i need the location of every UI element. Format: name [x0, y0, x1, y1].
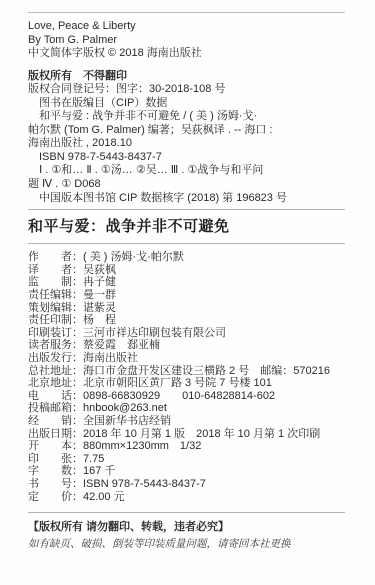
- colophon-row: 投稿邮箱： hnbook@263.net: [28, 402, 345, 415]
- cip-line: 中国版本图书馆 CIP 数据核字 (2018) 第 196823 号: [28, 192, 345, 206]
- colophon-value: 167 千: [83, 465, 345, 478]
- colophon-row: 出版日期： 2018 年 10 月第 1 版 2018 年 10 月第 1 次印…: [28, 428, 345, 441]
- cn-copyright-line: 中文简体字版权 © 2018 海南出版社: [28, 47, 345, 61]
- colophon-row: 字 数： 167 千: [28, 465, 345, 478]
- colophon-value: 880mm×1230mm 1/32: [83, 440, 345, 453]
- colophon-row: 电 话： 0898-66830929 010-64828814-602: [28, 390, 345, 403]
- colophon-label: 开 本：: [28, 440, 83, 453]
- colophon-row: 印刷装订： 三河市祥达印刷包装有限公司: [28, 327, 345, 340]
- colophon-row: 责任编辑： 曼一群: [28, 289, 345, 302]
- colophon-table: 作 者： ( 美 ) 汤姆·戈·帕尔默 译 者： 吴荻枫 监 制： 冉子健 责任…: [28, 251, 345, 503]
- footer-warning: 【版权所有 请勿翻印、转载，违者必究】: [28, 520, 345, 534]
- colophon-label: 字 数：: [28, 465, 83, 478]
- cip-line: ISBN 978-7-5443-8437-7: [28, 151, 345, 165]
- colophon-row: 北京地址： 北京市朝阳区黄厂路 3 号院 7 号楼 101: [28, 377, 345, 390]
- colophon-value: 42.00 元: [83, 491, 345, 504]
- colophon-label: 出版日期：: [28, 428, 83, 441]
- colophon-row: 译 者： 吴荻枫: [28, 264, 345, 277]
- colophon-label: 经 销：: [28, 415, 83, 428]
- rights-notice: 版权所有 不得翻印: [28, 70, 345, 84]
- colophon-label: 印刷装订：: [28, 327, 83, 340]
- colophon-value: 吴荻枫: [83, 264, 345, 277]
- colophon-value: 三河市祥达印刷包装有限公司: [83, 327, 345, 340]
- print-quality-note: 如有缺页、破损、倒装等印装质量问题，请寄回本社更换: [28, 538, 345, 551]
- colophon-label: 印 张：: [28, 453, 83, 466]
- colophon-label: 投稿邮箱：: [28, 402, 83, 415]
- footer-block: 【版权所有 请勿翻印、转载，违者必究】 如有缺页、破损、倒装等印装质量问题，请寄…: [28, 520, 345, 551]
- colophon-value: 0898-66830929 010-64828814-602: [83, 390, 345, 403]
- colophon-row: 开 本： 880mm×1230mm 1/32: [28, 440, 345, 453]
- colophon-label: 作 者：: [28, 251, 83, 264]
- colophon-value: 曼一群: [83, 289, 345, 302]
- colophon-label: 北京地址：: [28, 377, 83, 390]
- colophon-value: 2018 年 10 月第 1 版 2018 年 10 月第 1 次印刷: [83, 428, 345, 441]
- colophon-label: 总社地址：: [28, 365, 83, 378]
- colophon-value: 杨 程: [83, 314, 345, 327]
- original-edition-header: Love, Peace & Liberty By Tom G. Palmer 中…: [28, 20, 345, 61]
- colophon-label: 电 话：: [28, 390, 83, 403]
- copyright-colophon-page: Love, Peace & Liberty By Tom G. Palmer 中…: [0, 0, 375, 585]
- colophon-row: 监 制： 冉子健: [28, 276, 345, 289]
- original-author-line: By Tom G. Palmer: [28, 34, 345, 48]
- title-top-divider: [28, 209, 345, 210]
- colophon-label: 出版发行：: [28, 352, 83, 365]
- cip-line: 和平与爱 : 战争并非不可避免 / ( 美 ) 汤姆·戈·: [28, 110, 345, 124]
- colophon-label: 监 制：: [28, 276, 83, 289]
- original-title: Love, Peace & Liberty: [28, 20, 345, 34]
- colophon-label: 责任印制：: [28, 314, 83, 327]
- colophon-value: ( 美 ) 汤姆·戈·帕尔默: [83, 251, 345, 264]
- colophon-value: ISBN 978-7-5443-8437-7: [83, 478, 345, 491]
- colophon-value: 北京市朝阳区黄厂路 3 号院 7 号楼 101: [83, 377, 345, 390]
- colophon-label: 策划编辑：: [28, 302, 83, 315]
- colophon-value: 蔡爱霞 郄亚楠: [83, 339, 345, 352]
- cip-line: Ⅰ . ①和… Ⅱ . ①汤… ②吴… Ⅲ . ①战争与和平问: [28, 164, 345, 178]
- colophon-row: 书 号： ISBN 978-7-5443-8437-7: [28, 478, 345, 491]
- colophon-value: 7.75: [83, 453, 345, 466]
- cip-data-block: 图书在版编目（CIP）数据 和平与爱 : 战争并非不可避免 / ( 美 ) 汤姆…: [28, 97, 345, 206]
- colophon-label: 责任编辑：: [28, 289, 83, 302]
- colophon-value: 全国新华书店经销: [83, 415, 345, 428]
- cip-line: 题 Ⅳ . ① D068: [28, 178, 345, 192]
- cip-line: 海南出版社 , 2018.10: [28, 137, 345, 151]
- colophon-value: 海口市金盘开发区建设三横路 2 号 邮编：570216: [83, 365, 345, 378]
- colophon-row: 作 者： ( 美 ) 汤姆·戈·帕尔默: [28, 251, 345, 264]
- rights-block: 版权所有 不得翻印 版权合同登记号：图字：30-2018-108 号: [28, 70, 345, 97]
- cip-line: 帕尔默 (Tom G. Palmer) 编著；吴荻枫译 . -- 海口 :: [28, 124, 345, 138]
- colophon-row: 总社地址： 海口市金盘开发区建设三横路 2 号 邮编：570216: [28, 365, 345, 378]
- copyright-registration-number: 版权合同登记号：图字：30-2018-108 号: [28, 83, 345, 97]
- book-title: 和平与爱：战争并非不可避免: [28, 217, 345, 237]
- colophon-row: 责任印制： 杨 程: [28, 314, 345, 327]
- colophon-value: 海南出版社: [83, 352, 345, 365]
- title-bottom-divider: [28, 243, 345, 244]
- colophon-value: 冉子健: [83, 276, 345, 289]
- colophon-row: 定 价： 42.00 元: [28, 491, 345, 504]
- colophon-label: 译 者：: [28, 264, 83, 277]
- colophon-row: 策划编辑： 谌紫灵: [28, 302, 345, 315]
- colophon-value: hnbook@263.net: [83, 402, 345, 415]
- colophon-row: 读者服务： 蔡爱霞 郄亚楠: [28, 339, 345, 352]
- colophon-row: 印 张： 7.75: [28, 453, 345, 466]
- cip-line: 图书在版编目（CIP）数据: [28, 97, 345, 111]
- colophon-row: 出版发行： 海南出版社: [28, 352, 345, 365]
- footer-divider: [28, 512, 345, 513]
- colophon-label: 书 号：: [28, 478, 83, 491]
- colophon-label: 读者服务：: [28, 339, 83, 352]
- colophon-value: 谌紫灵: [83, 302, 345, 315]
- colophon-row: 经 销： 全国新华书店经销: [28, 415, 345, 428]
- top-divider: [28, 12, 345, 13]
- colophon-label: 定 价：: [28, 491, 83, 504]
